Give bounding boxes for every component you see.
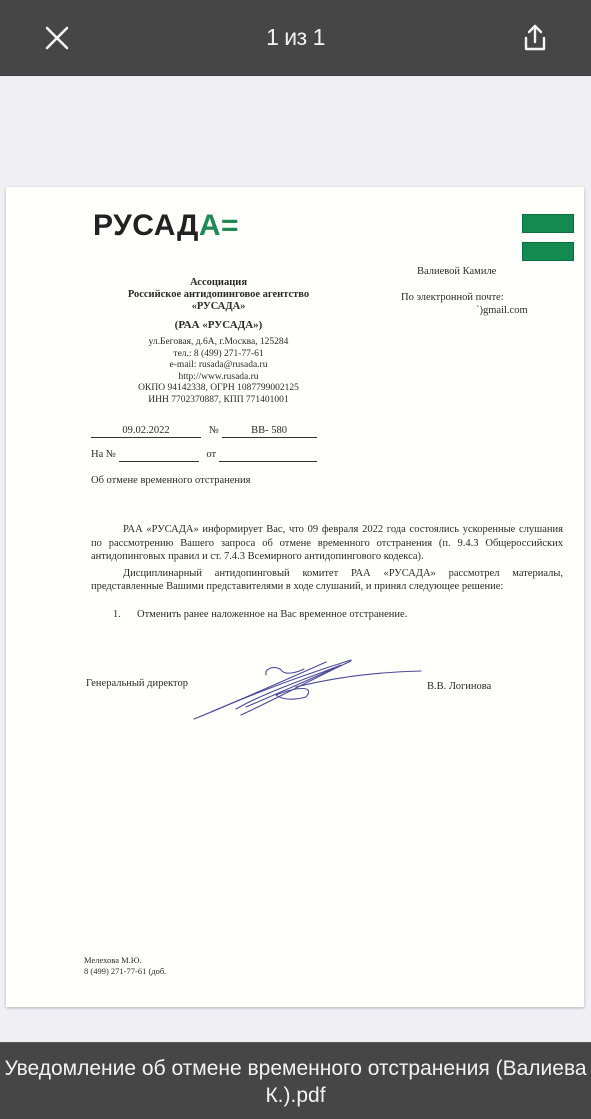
- pdf-page[interactable]: РУСАДА= Ассоциация Российское антидопинг…: [6, 187, 584, 1007]
- rusada-logo: РУСАДА=: [93, 209, 239, 243]
- reply-line: На № от: [91, 449, 317, 462]
- recipient-block: Валиевой Камиле По электронной почте: `)…: [401, 265, 528, 317]
- org-line3: «РУСАДА»: [96, 301, 341, 313]
- registration-line: 09.02.2022 № ВВ- 580: [91, 425, 317, 438]
- viewer-toolbar: 1 из 1: [0, 0, 591, 76]
- executor-phone: 8 (499) 271-77-61 (доб.: [84, 966, 166, 977]
- recipient-email: `)gmail.com: [476, 304, 528, 317]
- org-website: http://www.rusada.ru: [96, 372, 341, 384]
- signature-icon: [186, 657, 426, 727]
- org-okpo-ogrn: ОКПО 94142338, ОГРН 1087799002125: [96, 383, 341, 395]
- executor-block: Мелехова М.Ю. 8 (499) 271-77-61 (доб.: [84, 955, 166, 977]
- signatory-name: В.В. Логинова: [427, 681, 491, 692]
- org-email: e-mail: rusada@rusada.ru: [96, 360, 341, 372]
- org-address: ул.Беговая, д.6А, г.Москва, 125284: [96, 337, 341, 349]
- organization-header: Ассоциация Российское антидопинговое аге…: [96, 277, 341, 406]
- letter-date: 09.02.2022: [91, 425, 201, 438]
- body-paragraph-2: Дисциплинарный антидопинговый комитет РА…: [91, 567, 563, 594]
- from-field: [219, 449, 317, 462]
- decision-item: 1.Отменить ранее наложенное на Вас време…: [91, 608, 563, 622]
- reply-to-field: [119, 449, 199, 462]
- number-label: №: [209, 425, 219, 436]
- body-paragraph-1: РАА «РУСАДА» информирует Вас, что 09 фев…: [91, 523, 563, 564]
- executor-name: Мелехова М.Ю.: [84, 955, 166, 966]
- recipient-via: По электронной почте:: [401, 291, 528, 304]
- letter-subject: Об отмене временного отстранения: [91, 475, 251, 486]
- file-name: Уведомление об отмене временного отстран…: [0, 1055, 591, 1109]
- recipient-name: Валиевой Камиле: [417, 265, 528, 278]
- org-line2: Российское антидопинговое агентство: [96, 289, 341, 301]
- signatory-role: Генеральный директор: [86, 678, 188, 689]
- share-icon[interactable]: [520, 22, 550, 54]
- filename-bar: Уведомление об отмене временного отстран…: [0, 1042, 591, 1119]
- org-phone: тел.: 8 (499) 271-77-61: [96, 349, 341, 361]
- corner-mark-icon: [522, 214, 574, 270]
- page-indicator: 1 из 1: [0, 24, 591, 51]
- letter-number: ВВ- 580: [222, 425, 317, 438]
- org-line1: Ассоциация: [96, 277, 341, 289]
- from-label: от: [206, 449, 216, 460]
- org-short-name: (РАА «РУСАДА»): [96, 319, 341, 331]
- reply-to-label: На №: [91, 449, 116, 460]
- org-inn-kpp: ИНН 7702370887, КПП 771401001: [96, 395, 341, 407]
- letter-body: РАА «РУСАДА» информирует Вас, что 09 фев…: [91, 523, 563, 624]
